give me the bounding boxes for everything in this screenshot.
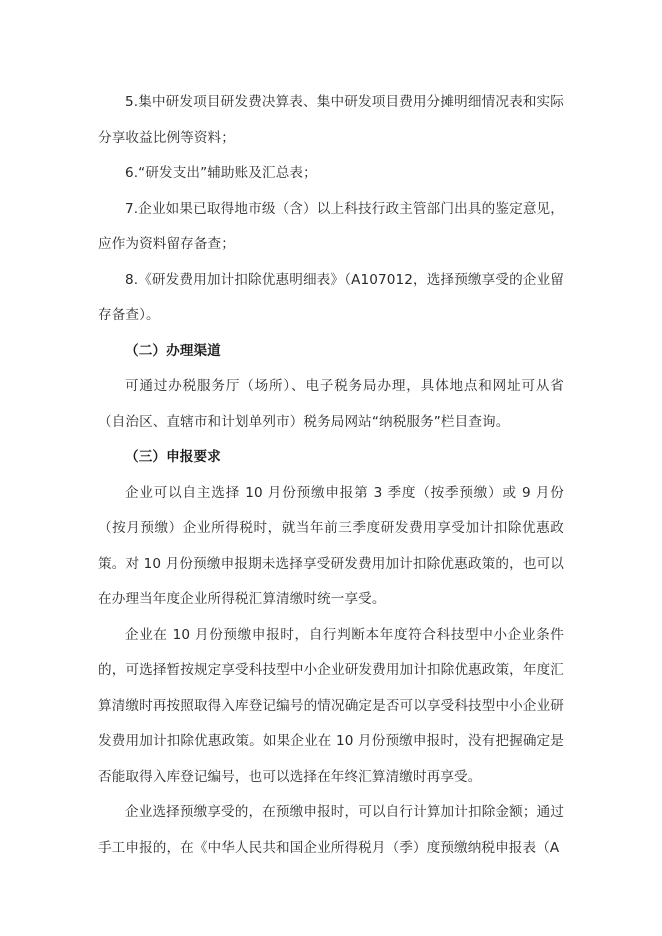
- list-item-7: 7.企业如果已取得地市级（含）以上科技行政主管部门出具的鉴定意见，应作为资料留存…: [98, 192, 564, 263]
- list-item-8: 8.《研发费用加计扣除优惠明细表》（A107012，选择预缴享受的企业留存备查）…: [98, 263, 564, 334]
- paragraph-requirements-2: 企业在 10 月份预缴申报时，自行判断本年度符合科技型中小企业条件的，可选择暂按…: [98, 618, 564, 796]
- list-item-6: 6.“研发支出”辅助账及汇总表；: [98, 156, 564, 192]
- section-heading-requirements: （三）申报要求: [98, 440, 564, 476]
- document-page: 5.集中研发项目研发费决算表、集中研发项目费用分摊明细情况表和实际分享收益比例等…: [98, 85, 564, 866]
- paragraph-requirements-3: 企业选择预缴享受的，在预缴申报时，可以自行计算加计扣除金额；通过手工申报的，在《…: [98, 795, 564, 866]
- section-heading-channels: （二）办理渠道: [98, 334, 564, 370]
- paragraph-channels: 可通过办税服务厅（场所）、电子税务局办理，具体地点和网址可从省（自治区、直辖市和…: [98, 369, 564, 440]
- list-item-5: 5.集中研发项目研发费决算表、集中研发项目费用分摊明细情况表和实际分享收益比例等…: [98, 85, 564, 156]
- paragraph-requirements-1: 企业可以自主选择 10 月份预缴申报第 3 季度（按季预缴）或 9 月份（按月预…: [98, 476, 564, 618]
